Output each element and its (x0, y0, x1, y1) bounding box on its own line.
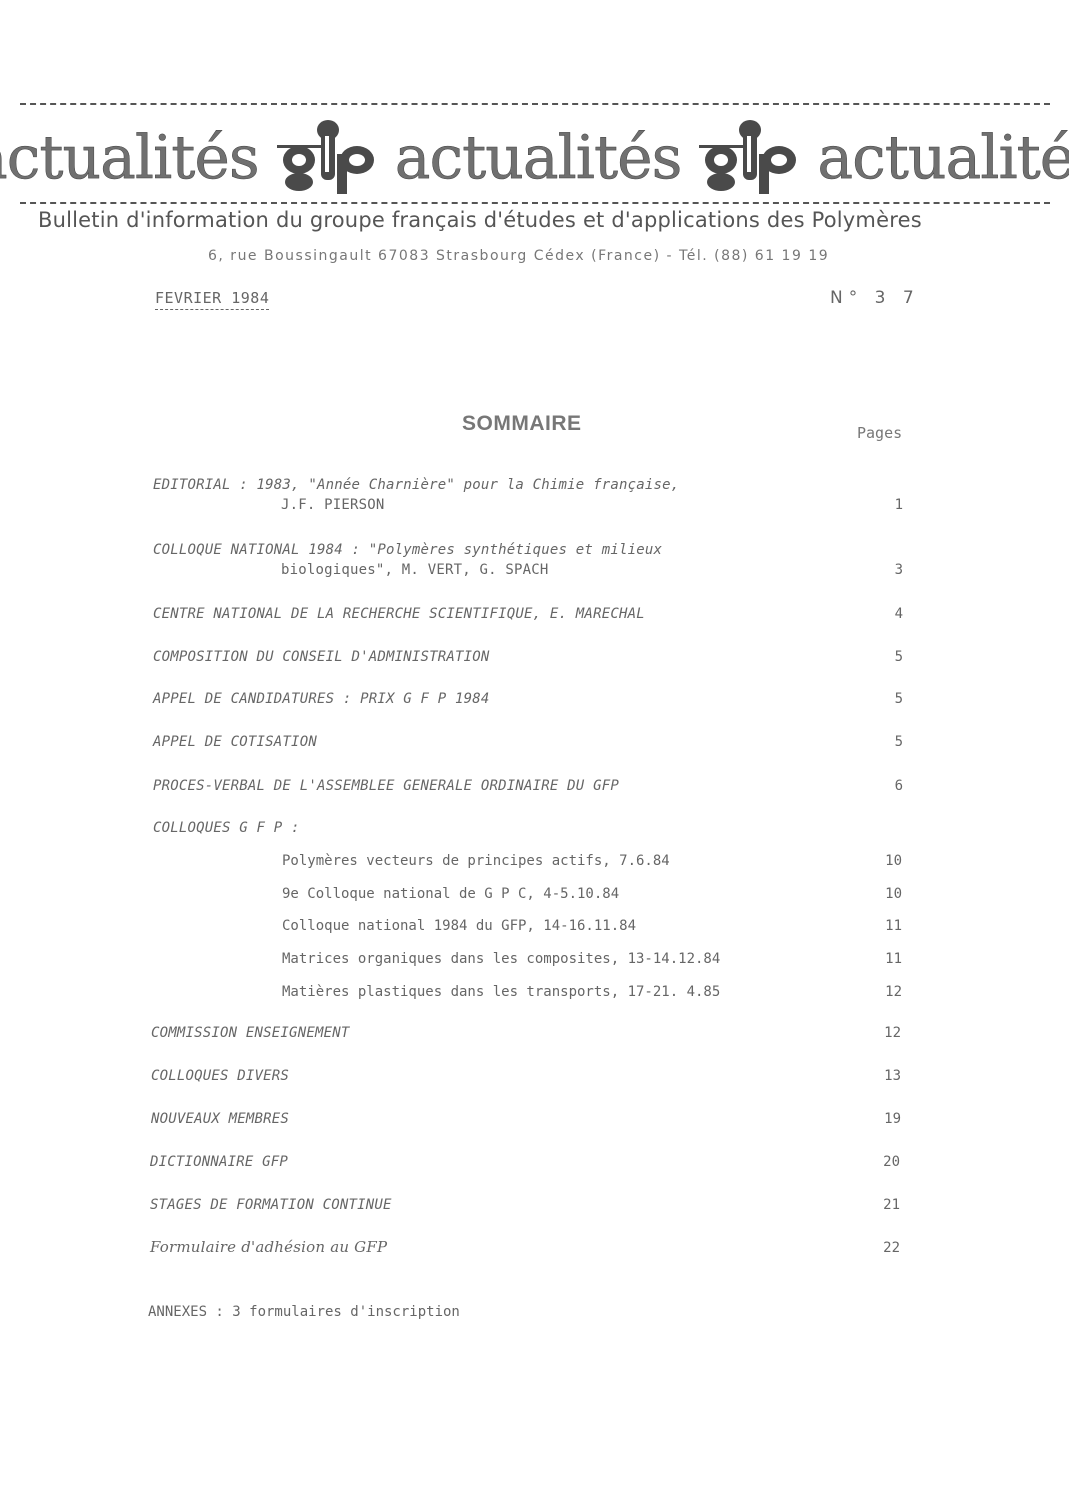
toc-entry-title: PROCES-VERBAL DE L'ASSEMBLEE GENERALE OR… (153, 778, 619, 794)
colloque-entry-title: Matières plastiques dans les transports,… (282, 984, 720, 1000)
gfp-logo-icon (699, 118, 799, 198)
toc-entry-page: 22 (870, 1238, 900, 1258)
toc-entry-title: COMPOSITION DU CONSEIL D'ADMINISTRATION (153, 649, 490, 665)
colloque-entry: 9e Colloque national de G P C, 4-5.10.84… (282, 884, 902, 904)
colloque-entry: Colloque national 1984 du GFP, 14-16.11.… (282, 916, 902, 936)
toc-entry-title: Formulaire d'adhésion au GFP (150, 1238, 387, 1256)
toc-entry-title: DICTIONNAIRE GFP (150, 1154, 288, 1170)
toc-entry-continuation: biologiques", M. VERT, G. SPACH (153, 560, 903, 580)
toc-entry-page: 5 (873, 732, 903, 752)
colloque-entry-title: Polymères vecteurs de principes actifs, … (282, 853, 670, 869)
toc-entry-page: 1 (873, 495, 903, 515)
pages-column-header: Pages (857, 424, 902, 442)
toc-entry-title: STAGES DE FORMATION CONTINUE (150, 1197, 392, 1213)
toc-entry-title: COLLOQUES G F P : (153, 820, 300, 836)
toc-entry-page: 4 (873, 604, 903, 624)
toc-entry: NOUVEAUX MEMBRES 19 (151, 1109, 901, 1129)
toc-entry-title: APPEL DE CANDIDATURES : PRIX G F P 1984 (153, 691, 490, 707)
toc-entry: COMMISSION ENSEIGNEMENT 12 (151, 1023, 901, 1043)
annexes-note: ANNEXES : 3 formulaires d'inscription (148, 1304, 460, 1320)
toc-entry: CENTRE NATIONAL DE LA RECHERCHE SCIENTIF… (153, 604, 903, 624)
toc-entry-page: 21 (870, 1195, 900, 1215)
toc-entry-page: 20 (870, 1152, 900, 1172)
toc-entry-title: APPEL DE COTISATION (153, 734, 317, 750)
toc-entry: COLLOQUES DIVERS 13 (151, 1066, 901, 1086)
colloque-entry-page: 11 (872, 916, 902, 936)
masthead-banner: actualités actualités (0, 118, 1069, 198)
toc-entry-title: EDITORIAL : 1983, "Année Charnière" pour… (153, 477, 679, 493)
toc-entry-page: 3 (873, 560, 903, 580)
masthead-top-rule (20, 103, 1050, 105)
toc-entry-title: NOUVEAUX MEMBRES (151, 1111, 289, 1127)
toc-entry-title: COLLOQUES DIVERS (151, 1068, 289, 1084)
toc-entry-page: 12 (871, 1023, 901, 1043)
toc-entry: PROCES-VERBAL DE L'ASSEMBLEE GENERALE OR… (153, 776, 903, 796)
toc-title: SOMMAIRE (462, 412, 582, 436)
masthead-word: actualités (395, 118, 682, 198)
toc-entry: STAGES DE FORMATION CONTINUE 21 (150, 1195, 900, 1215)
issue-number: N° 3 7 (830, 288, 920, 308)
colloque-entry: Polymères vecteurs de principes actifs, … (282, 851, 902, 871)
masthead-bottom-rule (20, 202, 1050, 204)
colloque-entry-page: 10 (872, 884, 902, 904)
toc-entry: COLLOQUES G F P : (153, 818, 903, 838)
toc-entry-page: 19 (871, 1109, 901, 1129)
gfp-logo-icon (277, 118, 377, 198)
colloque-entry-page: 11 (872, 949, 902, 969)
masthead-word: actualités (0, 118, 259, 198)
toc-entry-title: COMMISSION ENSEIGNEMENT (151, 1025, 349, 1041)
toc-entry-page: 13 (871, 1066, 901, 1086)
toc-entry-continuation: J.F. PIERSON (153, 495, 903, 515)
toc-entry-title: COLLOQUE NATIONAL 1984 : "Polymères synt… (153, 542, 662, 558)
toc-entry: APPEL DE CANDIDATURES : PRIX G F P 1984 … (153, 689, 903, 709)
toc-entry: COMPOSITION DU CONSEIL D'ADMINISTRATION … (153, 647, 903, 667)
toc-entry-page: 5 (873, 647, 903, 667)
toc-entry: COLLOQUE NATIONAL 1984 : "Polymères synt… (153, 540, 903, 580)
colloque-entry-title: 9e Colloque national de G P C, 4-5.10.84 (282, 886, 619, 902)
toc-entry: APPEL DE COTISATION 5 (153, 732, 903, 752)
toc-entry: Formulaire d'adhésion au GFP 22 (150, 1237, 900, 1258)
toc-entry-page: 5 (873, 689, 903, 709)
masthead-word: actualités (817, 118, 1069, 198)
toc-entry: DICTIONNAIRE GFP 20 (150, 1152, 900, 1172)
colloque-entry-page: 10 (872, 851, 902, 871)
toc-entry-title: CENTRE NATIONAL DE LA RECHERCHE SCIENTIF… (153, 606, 645, 622)
bulletin-subtitle: Bulletin d'information du groupe françai… (38, 208, 1038, 232)
colloque-entry: Matières plastiques dans les transports,… (282, 982, 902, 1002)
issue-date: FEVRIER 1984 (155, 289, 269, 310)
toc-entry: EDITORIAL : 1983, "Année Charnière" pour… (153, 475, 903, 515)
colloque-entry-title: Matrices organiques dans les composites,… (282, 951, 720, 967)
colloque-entry-title: Colloque national 1984 du GFP, 14-16.11.… (282, 918, 636, 934)
address-line: 6, rue Boussingault 67083 Strasbourg Céd… (208, 248, 829, 264)
toc-entry-page: 6 (873, 776, 903, 796)
colloque-entry-page: 12 (872, 982, 902, 1002)
colloque-entry: Matrices organiques dans les composites,… (282, 949, 902, 969)
